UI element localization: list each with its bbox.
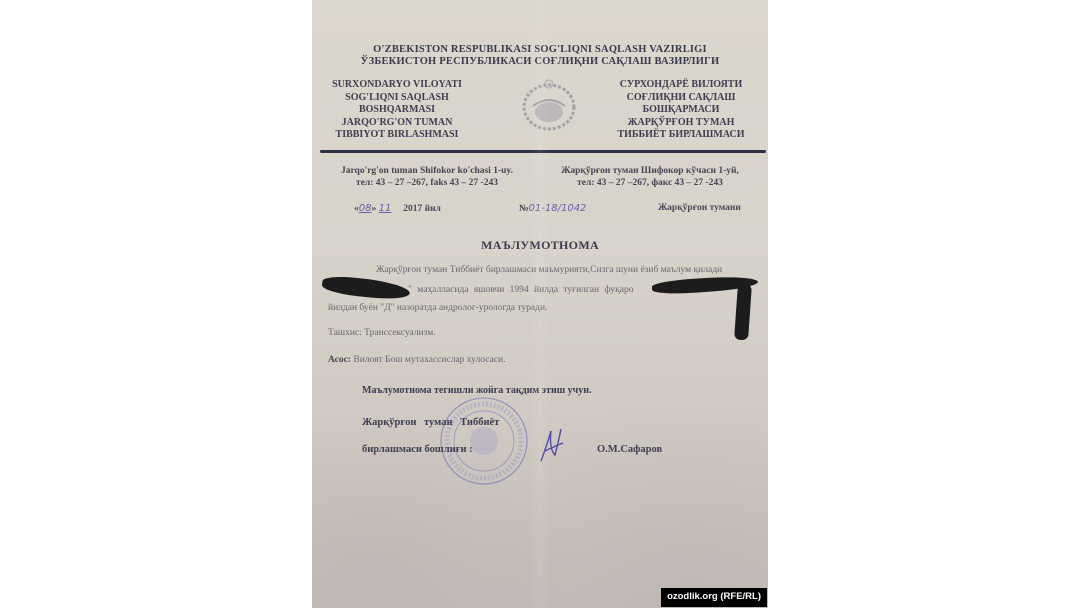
header-left-line: BOSHQARMASI [312, 104, 482, 117]
header-right-line: ЖАРҚЎРҒОН ТУМАН [596, 117, 766, 130]
header-right-line: БОШҚАРМАСИ [596, 104, 766, 117]
registration-number: №01-18/1042 [519, 203, 586, 214]
basis: Асос: Вилоят Бош мутахассислар хулосаси. [328, 355, 505, 365]
basis-text: Вилоят Бош мутахассислар хулосаси. [351, 355, 505, 365]
header-left-block: SURXONDARYO VILOYATI SOG'LIQNI SAQLASH B… [312, 79, 482, 142]
date-day: 08 [359, 203, 372, 214]
ministry-title-latin: O'ZBEKISTON RESPUBLIKASI SOG'LIQNI SAQLA… [312, 44, 768, 55]
date-year: 2017 йил [403, 204, 441, 214]
header-left-line: TIBBIYOT BIRLASHMASI [312, 129, 482, 142]
signature-icon [537, 425, 567, 465]
body-line-3: йилдан буён "Д" назоратда андролог-уроло… [328, 303, 547, 313]
header-right-line: СОҒЛИҚНИ САҚЛАШ [596, 92, 766, 105]
address-right: Жарқўрғон туман Шифокор кўчаси 1-уй, тел… [532, 165, 768, 189]
redaction-mark [734, 284, 752, 341]
reg-number: 01-18/1042 [529, 203, 587, 214]
date-month: 11 [379, 203, 392, 214]
redaction-mark [321, 274, 410, 301]
diagnosis: Ташхис: Транссексуализм. [328, 328, 436, 338]
issue-date: «08» 11 2017 йил [354, 203, 441, 214]
header-right-block: СУРХОНДАРЁ ВИЛОЯТИ СОҒЛИҚНИ САҚЛАШ БОШҚА… [596, 79, 766, 142]
address-left-phone: тел: 43 – 27 –267, faks 43 – 27 -243 [312, 177, 542, 189]
reg-prefix: № [519, 204, 529, 214]
header-left-line: SOG'LIQNI SAQLASH [312, 92, 482, 105]
issue-place: Жарқўрғон тумани [658, 203, 741, 213]
body-line-1: Жарқўрғон туман Тиббиёт бирлашмаси маъму… [376, 265, 722, 275]
basis-label: Асос: [328, 355, 351, 365]
address-right-phone: тел: 43 – 27 –267, факс 43 – 27 -243 [532, 177, 768, 189]
document-title: МАЪЛУМОТНОМА [312, 238, 768, 253]
address-right-street: Жарқўрғон туман Шифокор кўчаси 1-уй, [532, 165, 768, 177]
state-emblem-icon [519, 76, 579, 134]
header-divider [320, 150, 766, 153]
document-paper: O'ZBEKISTON RESPUBLIKASI SOG'LIQNI SAQLA… [312, 0, 768, 608]
header-left-line: JARQO'RG'ON TUMAN [312, 117, 482, 130]
signer-name: О.М.Сафаров [597, 444, 662, 455]
signatory-title-line-2: бирлашмаси бошлиғи : [362, 444, 473, 455]
body-line-2: " маҳалласида яшовчи 1994 йилда туғилган… [408, 285, 633, 295]
signatory-title-line-1: Жарқўрғон туман Тиббиёт [362, 417, 499, 428]
header-left-line: SURXONDARYO VILOYATI [312, 79, 482, 92]
ministry-title-cyrillic: ЎЗБЕКИСТОН РЕСПУБЛИКАСИ СОҒЛИҚНИ САҚЛАШ … [312, 56, 768, 67]
photo-credit: ozodlik.org (RFE/RL) [661, 588, 767, 607]
address-left: Jarqo'rg'on tuman Shifokor ko'chasi 1-uy… [312, 165, 542, 189]
header-right-line: СУРХОНДАРЁ ВИЛОЯТИ [596, 79, 766, 92]
address-left-street: Jarqo'rg'on tuman Shifokor ko'chasi 1-uy… [312, 165, 542, 177]
header-right-line: ТИББИЁТ БИРЛАШМАСИ [596, 129, 766, 142]
round-stamp-icon [437, 395, 532, 487]
